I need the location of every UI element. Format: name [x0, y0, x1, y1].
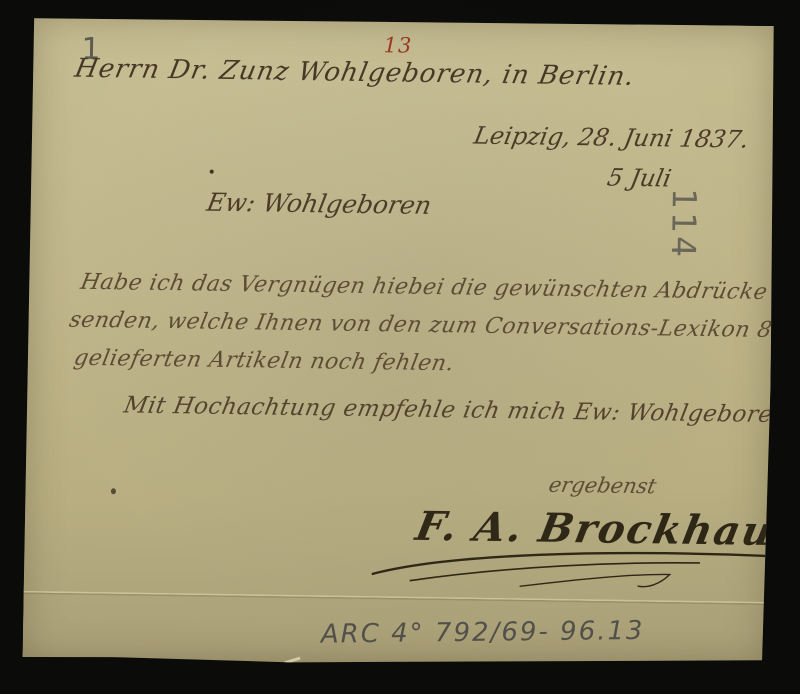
salutation: Ew: Wohlgeboren: [204, 188, 433, 220]
ink-speck: [111, 488, 116, 494]
address-line: Herrn Dr. Zunz Wohlgeboren, in Berlin.: [72, 54, 637, 92]
signature-flourish: [370, 540, 771, 596]
page-number-red-ink: 13: [383, 33, 412, 57]
archive-shelfmark-pencil: ARC 4° 792/69- 96.13: [321, 616, 645, 650]
paper-edge-tear: [284, 657, 300, 665]
closing-line: Mit Hochachtung empfehle ich mich Ew: Wo…: [122, 392, 791, 428]
margin-number-vertical: 114: [664, 181, 704, 268]
letter-body: Habe ich das Vergnügen hiebei die gewüns…: [63, 264, 800, 389]
valediction: ergebenst: [547, 473, 659, 499]
scan-background: 1 13 Herrn Dr. Zunz Wohlgeboren, in Berl…: [0, 0, 800, 694]
ink-speck: [210, 170, 214, 174]
dateline: Leipzig, 28. Juni 1837.: [471, 122, 751, 154]
received-date-note: 5 Juli: [605, 164, 674, 193]
letter-paper: 1 13 Herrn Dr. Zunz Wohlgeboren, in Berl…: [22, 15, 776, 672]
